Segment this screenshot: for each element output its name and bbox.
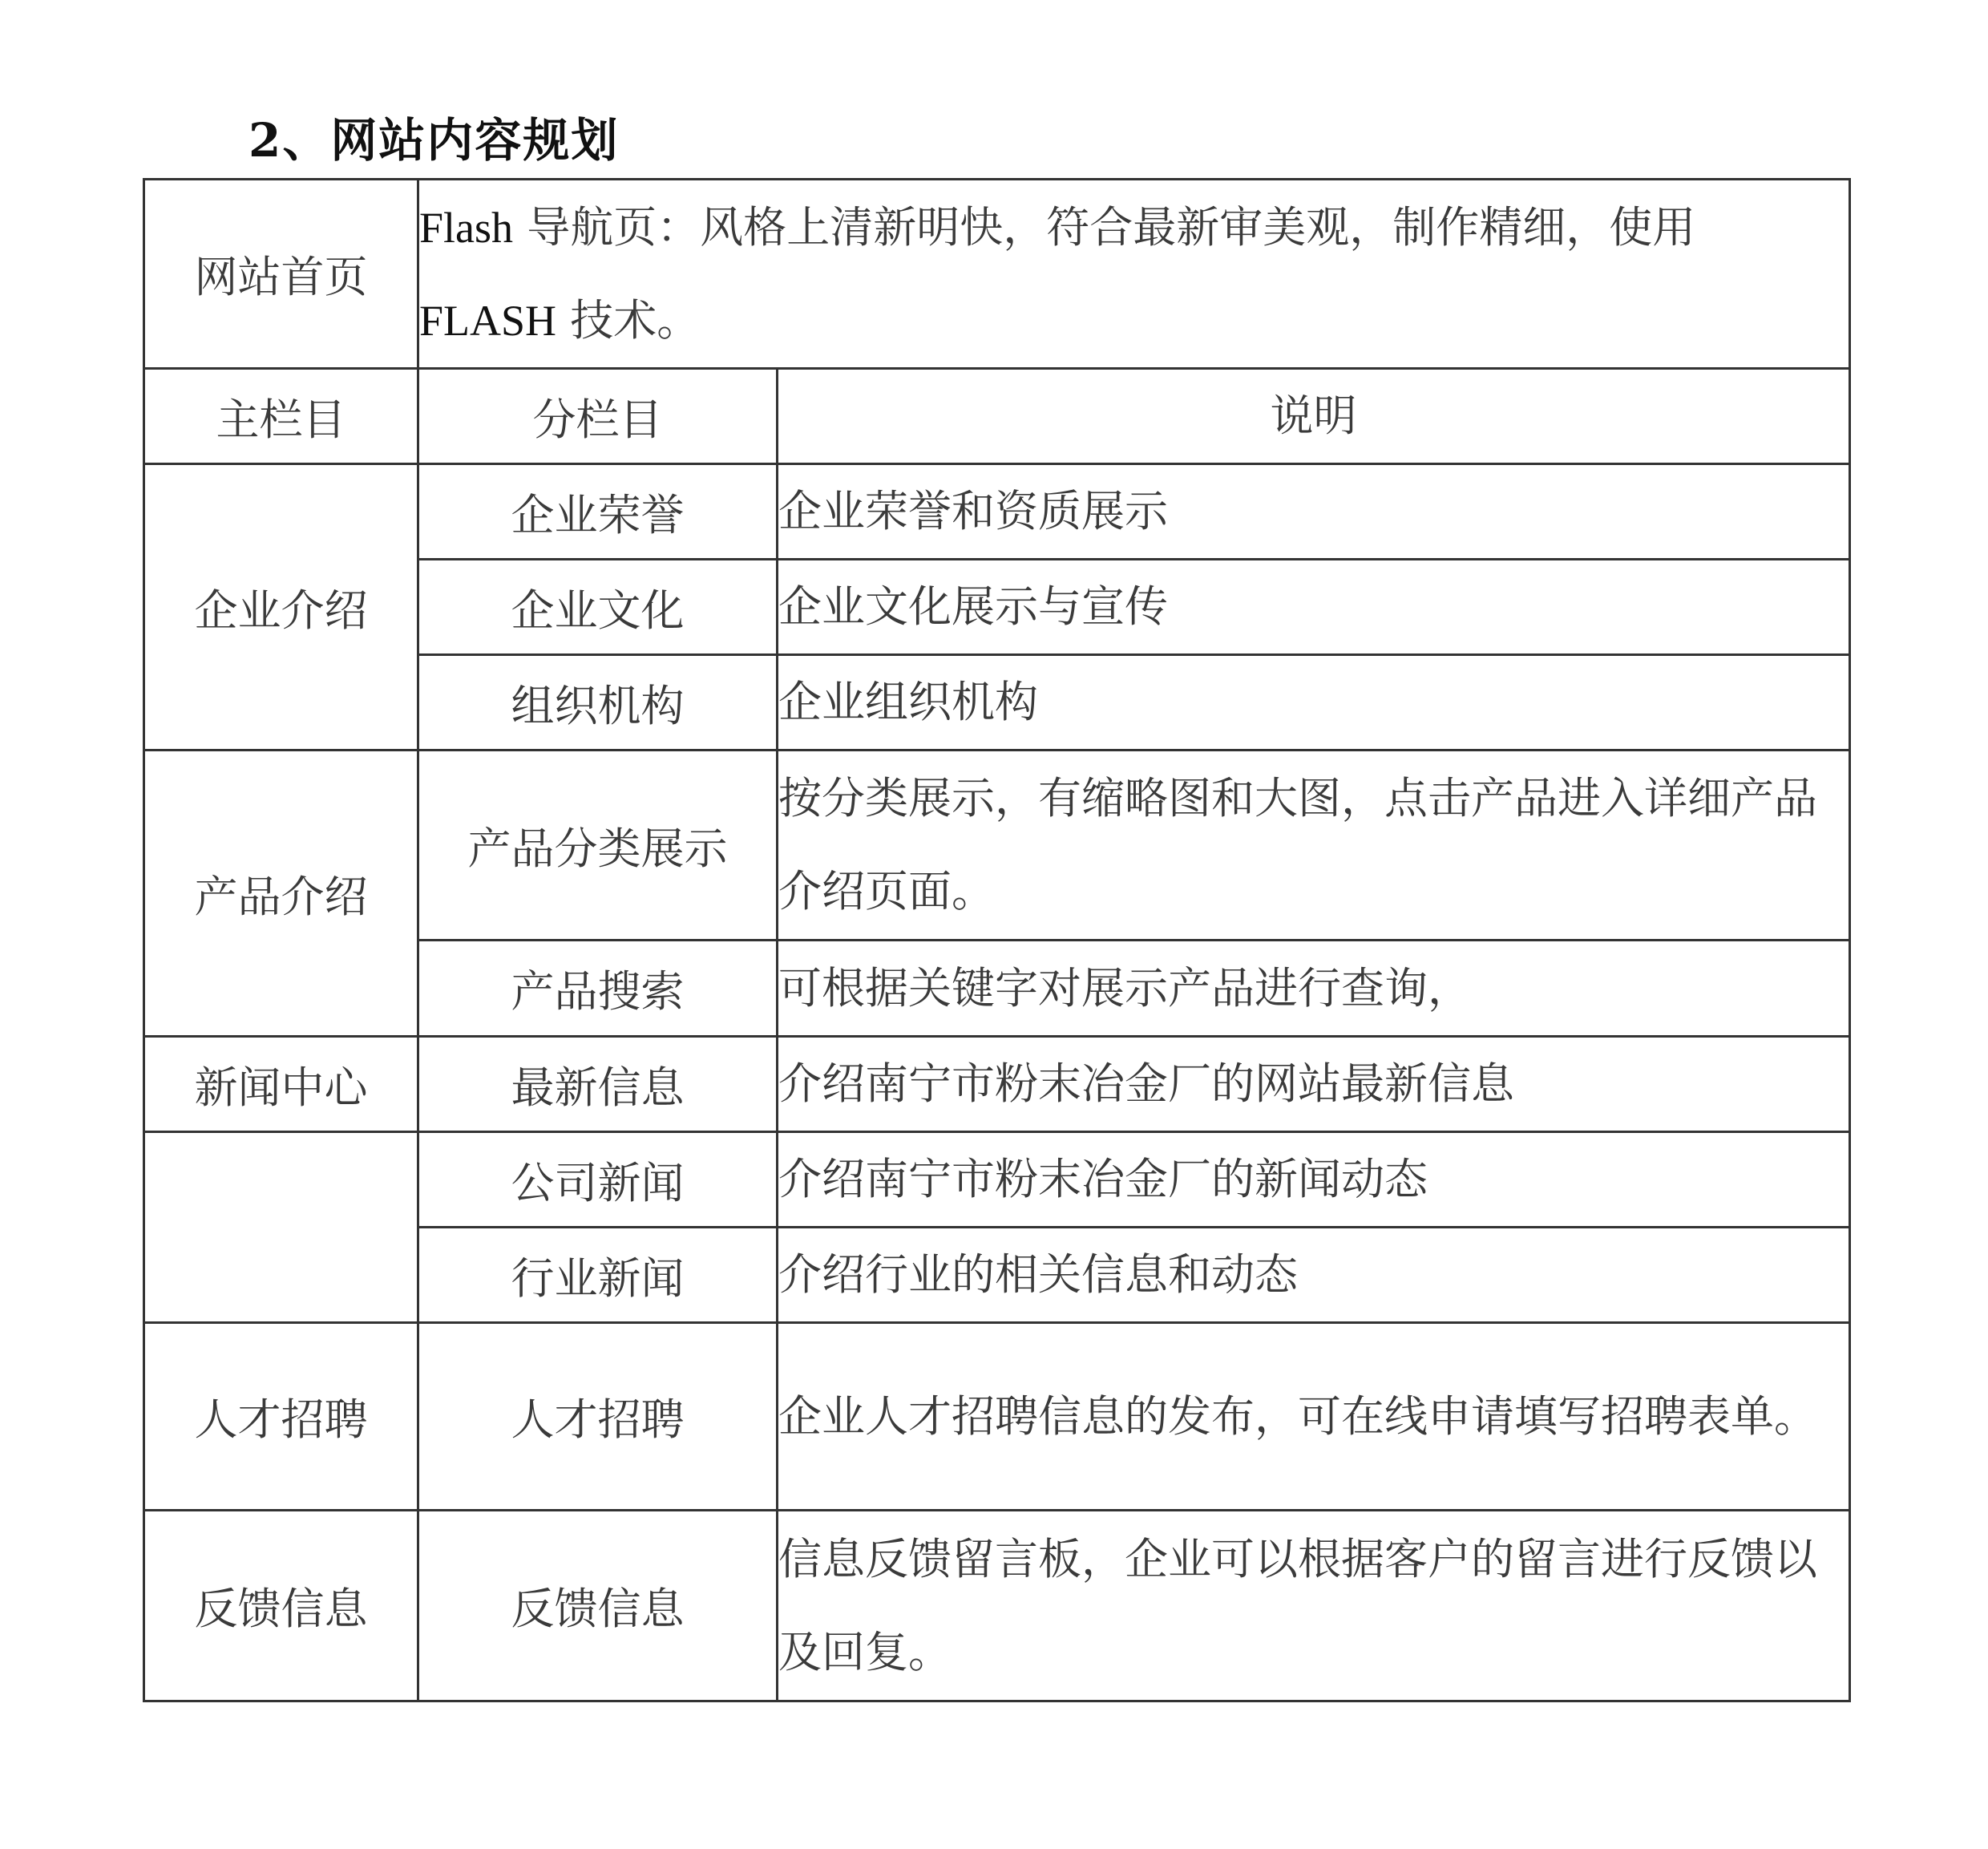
description: 企业人才招聘信息的发布，可在线申请填写招聘表单。 <box>778 1323 1850 1511</box>
column-header-desc: 说明 <box>778 369 1850 464</box>
description: 企业荣誉和资质展示 <box>778 464 1850 560</box>
description: 介绍南宁市粉末冶金厂的新闻动态 <box>778 1132 1850 1228</box>
sub-category: 行业新闻 <box>418 1228 778 1323</box>
column-header-main: 主栏目 <box>144 369 418 464</box>
description: 可根据关键字对展示产品进行查询， <box>778 941 1850 1037</box>
home-label: 网站首页 <box>144 180 418 369</box>
main-category: 新闻中心 <box>144 1037 418 1132</box>
main-category: 反馈信息 <box>144 1511 418 1701</box>
sub-category: 产品搜索 <box>418 941 778 1037</box>
content-plan-table: 网站首页 Flash 导航页：风格上清新明快，符合最新审美观，制作精细，使用FL… <box>143 178 1851 1702</box>
main-category-empty <box>144 1132 418 1323</box>
main-category: 人才招聘 <box>144 1323 418 1511</box>
sub-category: 人才招聘 <box>418 1323 778 1511</box>
main-category: 产品介绍 <box>144 751 418 1037</box>
column-header-sub: 分栏目 <box>418 369 778 464</box>
header-row: 主栏目 分栏目 说明 <box>144 369 1850 464</box>
table-row: 人才招聘 人才招聘 企业人才招聘信息的发布，可在线申请填写招聘表单。 <box>144 1323 1850 1511</box>
sub-category: 产品分类展示 <box>418 751 778 941</box>
description: 介绍南宁市粉末冶金厂的网站最新信息 <box>778 1037 1850 1132</box>
table-row: 新闻中心 最新信息 介绍南宁市粉末冶金厂的网站最新信息 <box>144 1037 1850 1132</box>
table-row: 产品介绍 产品分类展示 按分类展示，有缩略图和大图，点击产品进入详细产品介绍页面… <box>144 751 1850 941</box>
home-description: Flash 导航页：风格上清新明快，符合最新审美观，制作精细，使用FLASH 技… <box>418 180 1850 369</box>
table-row: 反馈信息 反馈信息 信息反馈留言板，企业可以根据客户的留言进行反馈以及回复。 <box>144 1511 1850 1701</box>
description: 按分类展示，有缩略图和大图，点击产品进入详细产品介绍页面。 <box>778 751 1850 941</box>
sub-category: 企业文化 <box>418 560 778 655</box>
sub-category: 组织机构 <box>418 655 778 751</box>
sub-category: 企业荣誉 <box>418 464 778 560</box>
sub-category: 最新信息 <box>418 1037 778 1132</box>
table-row: 公司新闻 介绍南宁市粉末冶金厂的新闻动态 <box>144 1132 1850 1228</box>
description: 信息反馈留言板，企业可以根据客户的留言进行反馈以及回复。 <box>778 1511 1850 1701</box>
description: 介绍行业的相关信息和动态 <box>778 1228 1850 1323</box>
section-heading: 2、网站内容规划 <box>248 103 619 170</box>
sub-category: 反馈信息 <box>418 1511 778 1701</box>
description: 企业组织机构 <box>778 655 1850 751</box>
main-category: 企业介绍 <box>144 464 418 751</box>
table-row: 企业介绍 企业荣誉 企业荣誉和资质展示 <box>144 464 1850 560</box>
sub-category: 公司新闻 <box>418 1132 778 1228</box>
description: 企业文化展示与宣传 <box>778 560 1850 655</box>
home-row: 网站首页 Flash 导航页：风格上清新明快，符合最新审美观，制作精细，使用FL… <box>144 180 1850 369</box>
